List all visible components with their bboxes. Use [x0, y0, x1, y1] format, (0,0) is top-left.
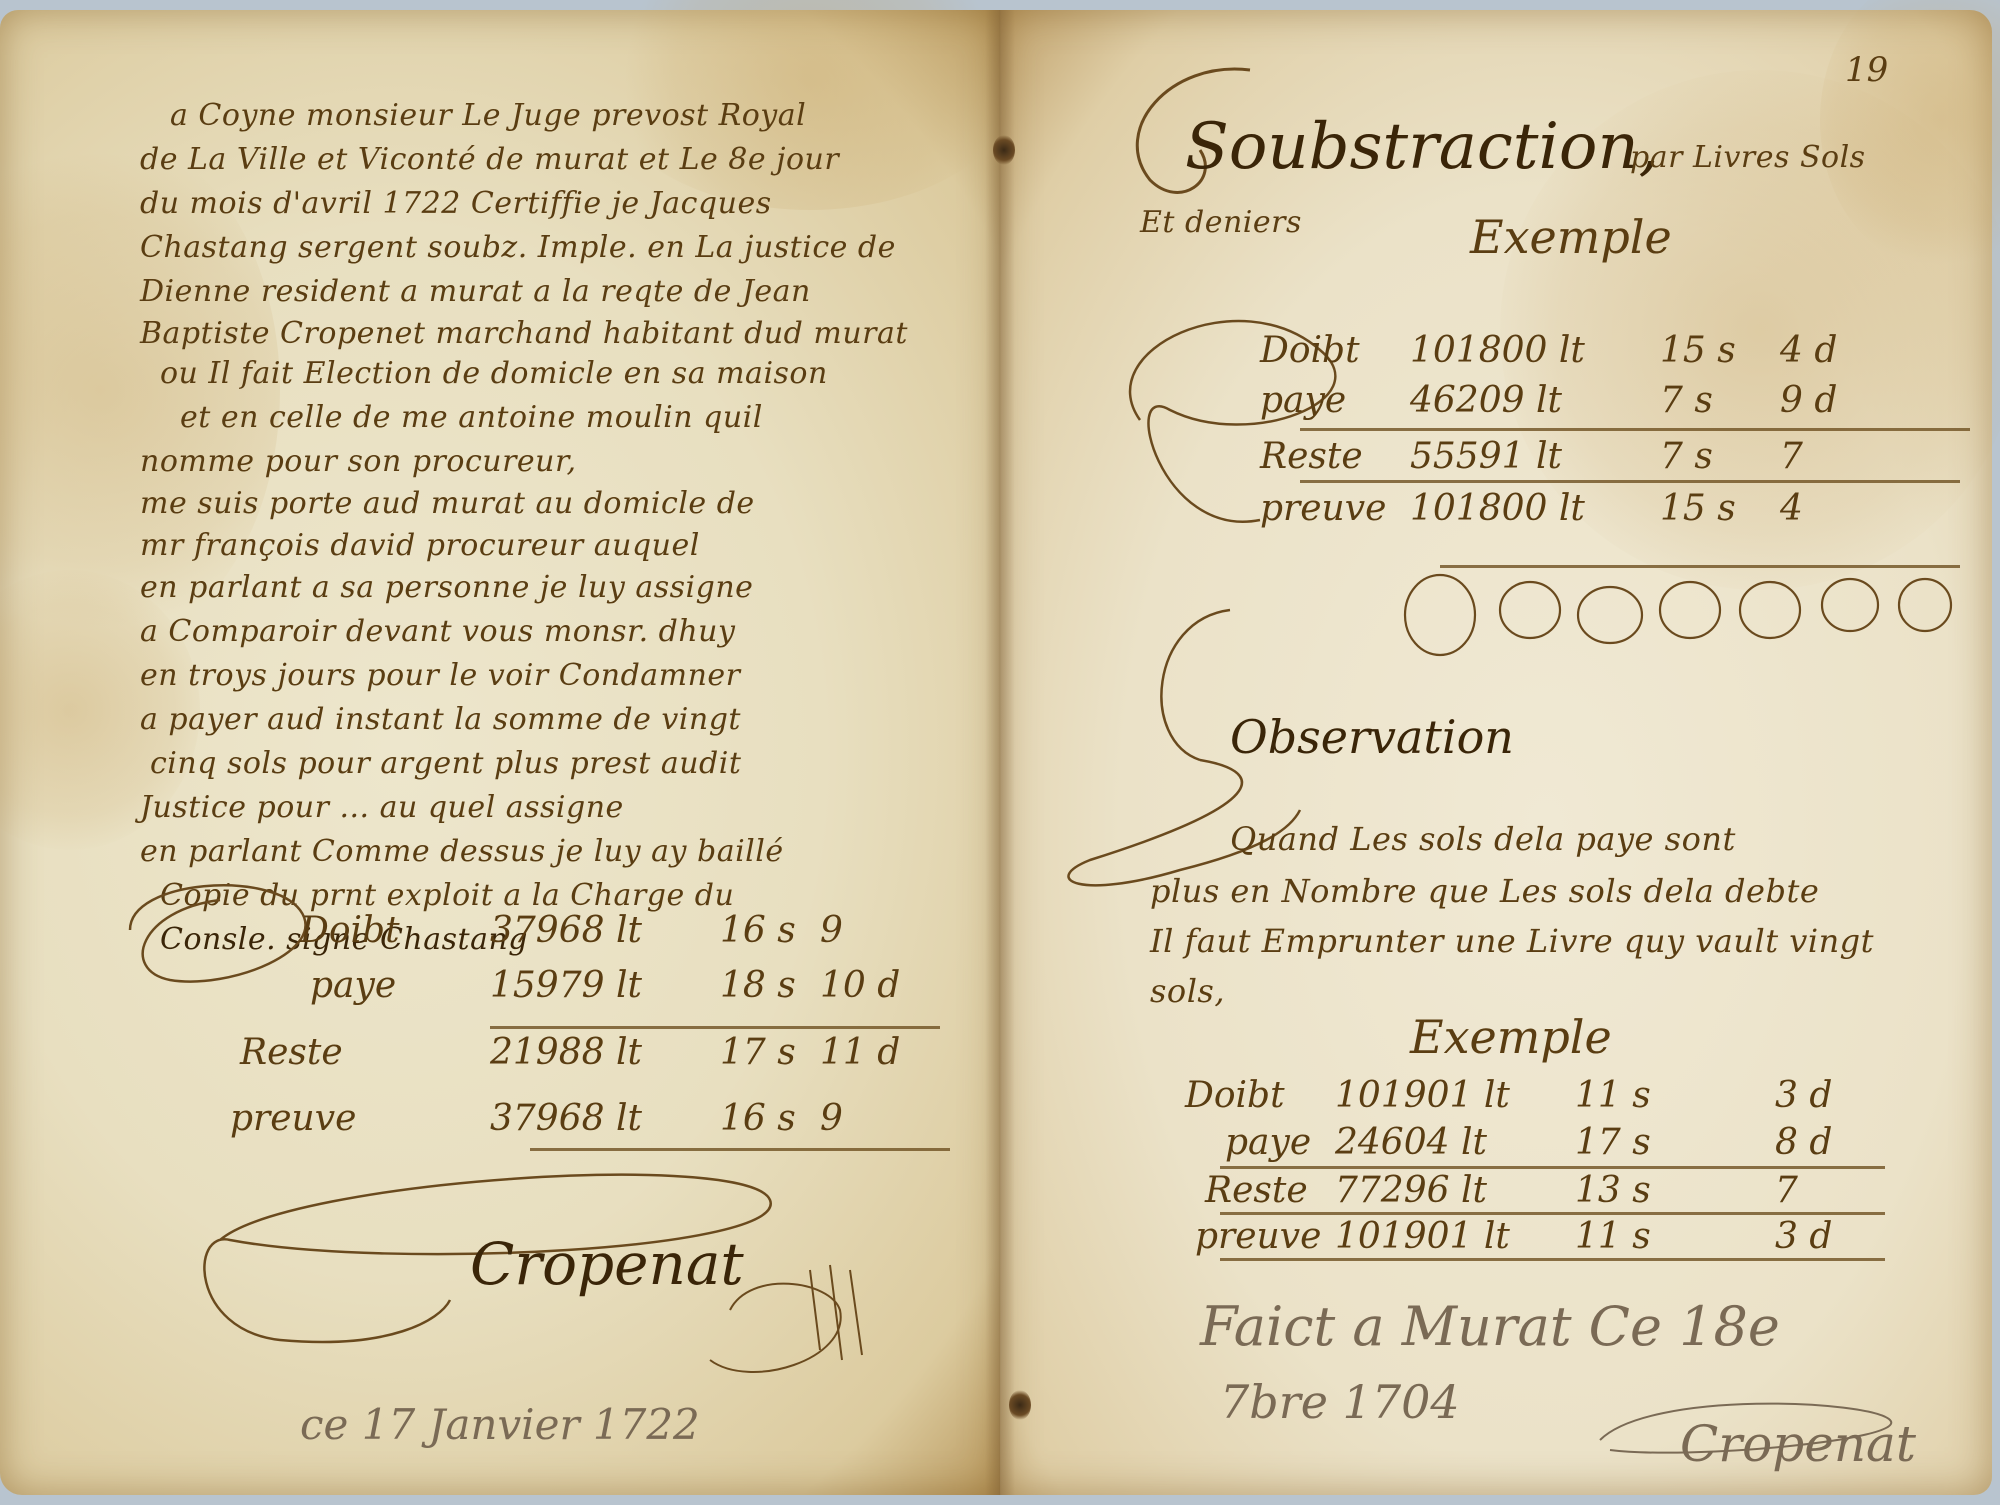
- section-subtitle-2: Et deniers: [1140, 205, 1302, 240]
- date-line: ce 17 Janvier 1722: [300, 1400, 700, 1449]
- observation-line: sols,: [1150, 972, 1225, 1010]
- closing-date: 7bre 1704: [1220, 1375, 1460, 1429]
- observation-line: plus en Nombre que Les sols dela debte: [1150, 872, 1819, 910]
- page-number: 19: [1845, 50, 1888, 90]
- ledger-rule: [1220, 1258, 1885, 1261]
- left-page: a Coyne monsieur Le Juge prevost Royal d…: [0, 10, 1000, 1495]
- text-line: a Comparoir devant vous monsr. dhuy: [140, 614, 735, 649]
- ledger-row: paye 24604 lt 17 s 8 d: [1185, 1122, 1945, 1168]
- text-line: de La Ville et Viconté de murat et Le 8e…: [140, 142, 839, 177]
- ledger-rule: [1220, 1166, 1885, 1169]
- book-gutter: [985, 10, 1015, 1495]
- ledger-row: Doibt 101800 lt 15 s 4 d: [1260, 330, 1960, 378]
- ledger-row: preuve 101800 lt 15 s 4: [1260, 488, 1960, 536]
- text-line: en parlant Comme dessus je luy ay baillé: [140, 834, 784, 869]
- closing-line: Faict a Murat Ce 18e: [1200, 1295, 1780, 1358]
- text-line: Justice pour ... au quel assigne: [140, 790, 624, 825]
- binding-hole: [993, 135, 1015, 165]
- text-line: nomme pour son procureur,: [140, 444, 577, 479]
- ledger-rule: [1300, 480, 1960, 483]
- example-heading: Exemple: [1470, 210, 1672, 264]
- ledger-rule: [1300, 428, 1970, 431]
- binding-hole: [1009, 1390, 1031, 1420]
- ledger-row: Doibt 37968 lt 16 s 9: [200, 910, 960, 954]
- text-line: Dienne resident a murat a la reqte de Je…: [140, 274, 811, 309]
- text-line: Chastang sergent soubz. Imple. en La jus…: [140, 230, 896, 265]
- ledger-rule: [530, 1148, 950, 1151]
- text-line: en troys jours pour le voir Condamner: [140, 658, 741, 693]
- ledger-row: preuve 37968 lt 16 s 9: [200, 1098, 960, 1142]
- observation-heading: Observation: [1230, 710, 1514, 764]
- ledger-row: Reste 55591 lt 7 s 7: [1260, 436, 1960, 484]
- signature: Cropenat: [1680, 1415, 1916, 1473]
- ledger-row: preuve 101901 lt 11 s 3 d: [1185, 1216, 1945, 1262]
- ledger-row: paye 46209 lt 7 s 9 d: [1260, 380, 1960, 428]
- text-line: mr françois david procureur auquel: [140, 528, 700, 563]
- text-line: me suis porte aud murat au domicle de: [140, 486, 755, 521]
- text-line: et en celle de me antoine moulin quil: [180, 400, 763, 435]
- ledger-row: paye 15979 lt 18 s 10 d: [200, 965, 960, 1009]
- manuscript-spread: a Coyne monsieur Le Juge prevost Royal d…: [0, 0, 2000, 1505]
- observation-line: Quand Les sols dela paye sont: [1230, 820, 1736, 858]
- section-subtitle: par Livres Sols: [1630, 140, 1866, 175]
- text-line: en parlant a sa personne je luy assigne: [140, 570, 753, 605]
- right-page: 19 Soubstraction, par Livres Sols Et den…: [1000, 10, 1992, 1495]
- section-title: Soubstraction,: [1185, 110, 1659, 184]
- text-line: du mois d'avril 1722 Certiffie je Jacque…: [140, 186, 772, 221]
- observation-line: Il faut Emprunter une Livre quy vault vi…: [1150, 922, 1874, 960]
- ledger-row: Doibt 101901 lt 11 s 3 d: [1185, 1075, 1945, 1121]
- ledger-row: Reste 21988 lt 17 s 11 d: [200, 1032, 960, 1076]
- ledger-rule: [490, 1026, 940, 1029]
- text-line: a Coyne monsieur Le Juge prevost Royal: [170, 98, 806, 133]
- ledger-row: Reste 77296 lt 13 s 7: [1185, 1170, 1945, 1216]
- example-heading: Exemple: [1410, 1010, 1612, 1064]
- ledger-rule: [1220, 1212, 1885, 1215]
- text-line: cinq sols pour argent plus prest audit: [150, 746, 741, 781]
- signature: Cropenat: [470, 1230, 744, 1298]
- text-line: Baptiste Cropenet marchand habitant dud …: [140, 316, 908, 351]
- decorative-loops: [1400, 565, 1980, 685]
- text-line: ou Il fait Election de domicle en sa mai…: [160, 356, 828, 391]
- text-line: a payer aud instant la somme de vingt: [140, 702, 741, 737]
